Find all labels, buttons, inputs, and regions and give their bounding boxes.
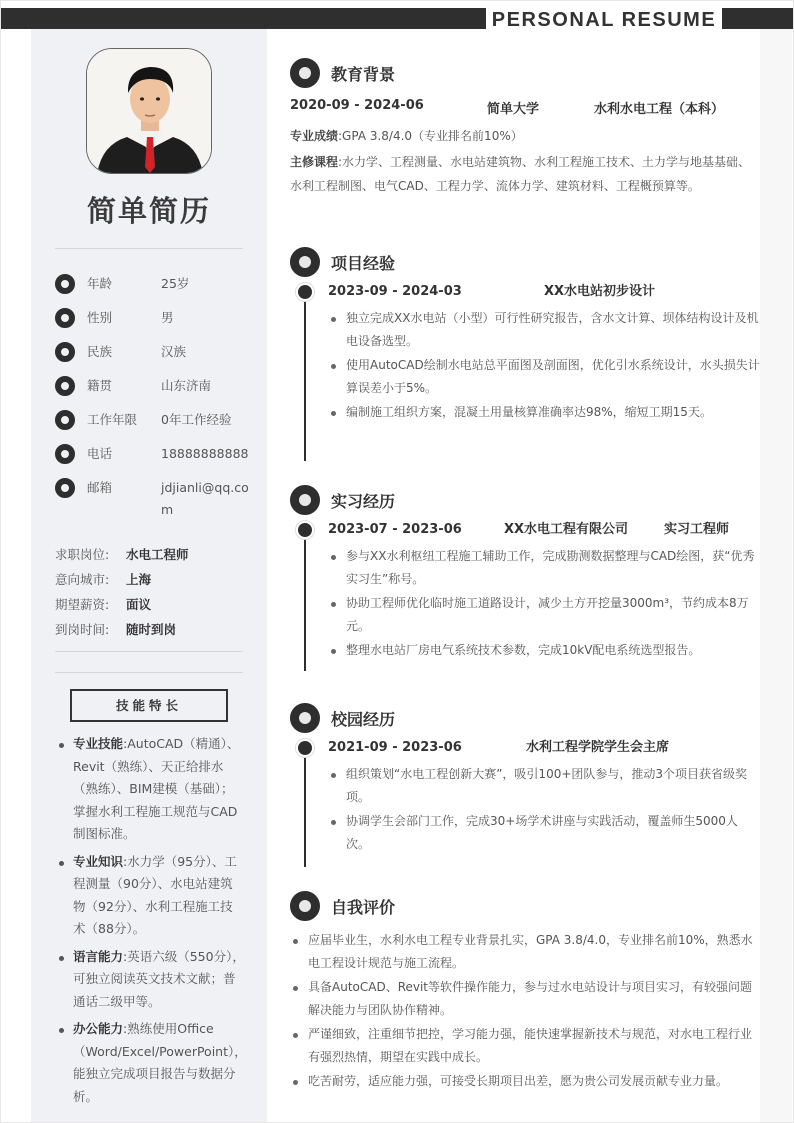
info-row-phone: 电话 18888888888 xyxy=(55,443,255,477)
main-content: 教育背景 2020-09 - 2024-06 简单大学 水利水电工程（本科） 专… xyxy=(290,29,760,1123)
job-value: 上海 xyxy=(126,570,151,595)
bullet-item: 组织策划“水电工程创新大赛”，吸引100+团队参与，推动3个项目获省级奖项。 xyxy=(328,763,760,809)
info-row-age: 年龄 25岁 xyxy=(55,273,255,307)
section-title: 项目经验 xyxy=(331,251,395,274)
info-label: 电话 xyxy=(87,443,161,465)
bullet-item: 应届毕业生，水利水电工程专业背景扎实，GPA 3.8/4.0，专业排名前10%，… xyxy=(290,929,760,975)
education-school: 简单大学 xyxy=(487,98,594,118)
section-header: 项目经验 xyxy=(290,247,760,277)
timeline-line xyxy=(304,531,306,671)
timeline-dot-icon xyxy=(298,285,312,299)
internship-section: 实习经历 2023-07 - 2023-06 XX水电工程有限公司 实习工程师 … xyxy=(290,485,760,663)
bullet-item: 具备AutoCAD、Revit等软件操作能力，参与过水电站设计与项目实习，有较强… xyxy=(290,976,760,1022)
skill-label: 语言能力 xyxy=(73,949,123,964)
job-label: 意向城市: xyxy=(55,570,126,595)
section-title: 校园经历 xyxy=(331,707,395,730)
entry-header: 2023-09 - 2024-03 XX水电站初步设计 xyxy=(328,283,760,303)
grade-label: 专业成绩 xyxy=(290,129,338,143)
entry-period: 2023-07 - 2023-06 xyxy=(328,521,504,541)
skill-text: :AutoCAD（精通）、Revit（熟练）、天正给排水（熟练）、BIM建模（基… xyxy=(73,736,239,841)
grade-text: :GPA 3.8/4.0（专业排名前10%） xyxy=(338,129,523,143)
bullet-ring-icon xyxy=(55,376,75,396)
email-value[interactable]: jdjianli@qq.com xyxy=(161,477,255,521)
job-value: 面议 xyxy=(126,595,151,620)
skill-item: 办公能力:熟练使用Office（Word/Excel/PowerPoint），能… xyxy=(55,1018,245,1108)
right-margin xyxy=(760,29,792,1123)
job-label: 期望薪资: xyxy=(55,595,126,620)
entry-bullets: 参与XX水利枢纽工程施工辅助工作，完成勘测数据整理与CAD绘图，获“优秀实习生”… xyxy=(328,545,760,662)
section-ring-icon xyxy=(290,485,320,515)
job-value: 随时到岗 xyxy=(126,620,176,645)
timeline-entry: 2021-09 - 2023-06 水利工程学院学生会主席 组织策划“水电工程创… xyxy=(290,739,760,856)
entry-role: 水利工程学院学生会主席 xyxy=(526,739,669,759)
info-value: 男 xyxy=(161,307,255,329)
skill-label: 办公能力 xyxy=(73,1021,123,1036)
bullet-item: 协助工程师优化临时施工道路设计，减少土方开挖量3000m³，节约成本8万元。 xyxy=(328,592,760,638)
info-value: 山东济南 xyxy=(161,375,255,397)
campus-section: 校园经历 2021-09 - 2023-06 水利工程学院学生会主席 组织策划“… xyxy=(290,703,760,857)
entry-bullets: 独立完成XX水电站（小型）可行性研究报告，含水文计算、坝体结构设计及机电设备选型… xyxy=(328,307,760,424)
bullet-item: 使用AutoCAD绘制水电站总平面图及剖面图，优化引水系统设计，水头损失计算误差… xyxy=(328,354,760,400)
self-evaluation-bullets: 应届毕业生，水利水电工程专业背景扎实，GPA 3.8/4.0，专业排名前10%，… xyxy=(290,929,760,1093)
section-title: 自我评价 xyxy=(331,895,395,918)
candidate-name: 简单简历 xyxy=(31,189,267,230)
entry-company: XX水电工程有限公司 xyxy=(504,521,664,541)
info-row-email: 邮箱 jdjianli@qq.com xyxy=(55,477,255,533)
bullet-item: 编制施工组织方案，混凝土用量核算准确率达98%，缩短工期15天。 xyxy=(328,401,760,424)
section-header: 自我评价 xyxy=(290,891,760,921)
self-evaluation-section: 自我评价 应届毕业生，水利水电工程专业背景扎实，GPA 3.8/4.0，专业排名… xyxy=(290,891,760,1094)
courses-label: 主修课程 xyxy=(290,155,338,169)
timeline-dot-icon xyxy=(298,741,312,755)
info-value: 汉族 xyxy=(161,341,255,363)
courses-text: :水力学、工程测量、水电站建筑物、水利工程施工技术、土力学与地基基础、水利工程制… xyxy=(290,155,750,193)
entry-period: 2021-09 - 2023-06 xyxy=(328,739,526,759)
info-row-ethnicity: 民族 汉族 xyxy=(55,341,255,375)
bullet-item: 整理水电站厂房电气系统技术参数，完成10kV配电系统选型报告。 xyxy=(328,639,760,662)
skills-title-box: 技能特长 xyxy=(70,689,228,722)
divider xyxy=(55,248,243,249)
section-ring-icon xyxy=(290,58,320,88)
entry-title: XX水电站初步设计 xyxy=(544,283,655,303)
education-period: 2020-09 - 2024-06 xyxy=(290,98,487,118)
entry-period: 2023-09 - 2024-03 xyxy=(328,283,544,303)
info-row-experience-years: 工作年限 0年工作经验 xyxy=(55,409,255,443)
bullet-item: 协调学生会部门工作，完成30+场学术讲座与实践活动，覆盖师生5000人次。 xyxy=(328,810,760,856)
education-row: 2020-09 - 2024-06 简单大学 水利水电工程（本科） xyxy=(290,98,760,118)
bullet-item: 独立完成XX水电站（小型）可行性研究报告，含水文计算、坝体结构设计及机电设备选型… xyxy=(328,307,760,353)
bullet-item: 参与XX水利枢纽工程施工辅助工作，完成勘测数据整理与CAD绘图，获“优秀实习生”… xyxy=(328,545,760,591)
job-row-city: 意向城市: 上海 xyxy=(55,570,255,595)
divider xyxy=(55,651,243,652)
job-intention-list: 求职岗位: 水电工程师 意向城市: 上海 期望薪资: 面议 到岗时间: 随时到岗 xyxy=(55,545,255,645)
bullet-ring-icon xyxy=(55,342,75,362)
bullet-ring-icon xyxy=(55,478,75,498)
job-label: 求职岗位: xyxy=(55,545,126,570)
sidebar: 简单简历 年龄 25岁 性别 男 民族 汉族 籍贯 山东济南 工作年限 0年工作… xyxy=(31,29,267,1123)
section-header: 教育背景 xyxy=(290,58,760,88)
info-label: 民族 xyxy=(87,341,161,363)
entry-role: 实习工程师 xyxy=(664,521,729,541)
info-row-hometown: 籍贯 山东济南 xyxy=(55,375,255,409)
entry-bullets: 组织策划“水电工程创新大赛”，吸引100+团队参与，推动3个项目获省级奖项。 协… xyxy=(328,763,760,856)
job-row-salary: 期望薪资: 面议 xyxy=(55,595,255,620)
skill-item: 专业技能:AutoCAD（精通）、Revit（熟练）、天正给排水（熟练）、BIM… xyxy=(55,733,245,846)
section-title: 实习经历 xyxy=(331,489,395,512)
timeline-entry: 2023-07 - 2023-06 XX水电工程有限公司 实习工程师 参与XX水… xyxy=(290,521,760,662)
timeline-entry: 2023-09 - 2024-03 XX水电站初步设计 独立完成XX水电站（小型… xyxy=(290,283,760,424)
timeline-line xyxy=(304,749,306,867)
job-label: 到岗时间: xyxy=(55,620,126,645)
job-row-start: 到岗时间: 随时到岗 xyxy=(55,620,255,645)
section-ring-icon xyxy=(290,247,320,277)
projects-section: 项目经验 2023-09 - 2024-03 XX水电站初步设计 独立完成XX水… xyxy=(290,247,760,425)
job-value: 水电工程师 xyxy=(126,545,189,570)
entry-header: 2023-07 - 2023-06 XX水电工程有限公司 实习工程师 xyxy=(328,521,760,541)
skill-item: 专业知识:水力学（95分）、工程测量（90分）、水电站建筑物（92分）、水利工程… xyxy=(55,851,245,941)
section-title: 教育背景 xyxy=(331,62,395,85)
job-row-position: 求职岗位: 水电工程师 xyxy=(55,545,255,570)
info-value: 25岁 xyxy=(161,273,255,295)
info-label: 籍贯 xyxy=(87,375,161,397)
education-major: 水利水电工程（本科） xyxy=(594,98,724,118)
divider xyxy=(55,672,243,673)
education-courses: 主修课程:水力学、工程测量、水电站建筑物、水利工程施工技术、土力学与地基基础、水… xyxy=(290,150,760,198)
bullet-item: 严谨细致，注重细节把控，学习能力强，能快速掌握新技术与规范，对水电工程行业有强烈… xyxy=(290,1023,760,1069)
avatar xyxy=(86,48,212,174)
timeline-line xyxy=(304,293,306,461)
info-label: 性别 xyxy=(87,307,161,329)
info-label: 年龄 xyxy=(87,273,161,295)
info-label: 工作年限 xyxy=(87,409,161,431)
avatar-illustration xyxy=(87,49,212,174)
info-value: 0年工作经验 xyxy=(161,409,255,431)
education-section: 教育背景 2020-09 - 2024-06 简单大学 水利水电工程（本科） 专… xyxy=(290,58,760,198)
section-ring-icon xyxy=(290,891,320,921)
section-header: 实习经历 xyxy=(290,485,760,515)
info-label: 邮箱 xyxy=(87,477,161,499)
skill-item: 语言能力:英语六级（550分），可独立阅读英文技术文献；普通话二级甲等。 xyxy=(55,946,245,1014)
info-row-gender: 性别 男 xyxy=(55,307,255,341)
timeline-dot-icon xyxy=(298,523,312,537)
section-ring-icon xyxy=(290,703,320,733)
skill-label: 专业技能 xyxy=(73,736,123,751)
skills-list: 专业技能:AutoCAD（精通）、Revit（熟练）、天正给排水（熟练）、BIM… xyxy=(55,733,245,1113)
entry-header: 2021-09 - 2023-06 水利工程学院学生会主席 xyxy=(328,739,760,759)
skill-label: 专业知识 xyxy=(73,854,123,869)
bullet-ring-icon xyxy=(55,274,75,294)
education-grade: 专业成绩:GPA 3.8/4.0（专业排名前10%） xyxy=(290,124,760,148)
section-header: 校园经历 xyxy=(290,703,760,733)
personal-info-list: 年龄 25岁 性别 男 民族 汉族 籍贯 山东济南 工作年限 0年工作经验 电话… xyxy=(55,273,255,533)
bullet-ring-icon xyxy=(55,444,75,464)
phone-value[interactable]: 18888888888 xyxy=(161,443,255,465)
bullet-ring-icon xyxy=(55,308,75,328)
bullet-item: 吃苦耐劳，适应能力强，可接受长期项目出差，愿为贵公司发展贡献专业力量。 xyxy=(290,1070,760,1093)
bullet-ring-icon xyxy=(55,410,75,430)
